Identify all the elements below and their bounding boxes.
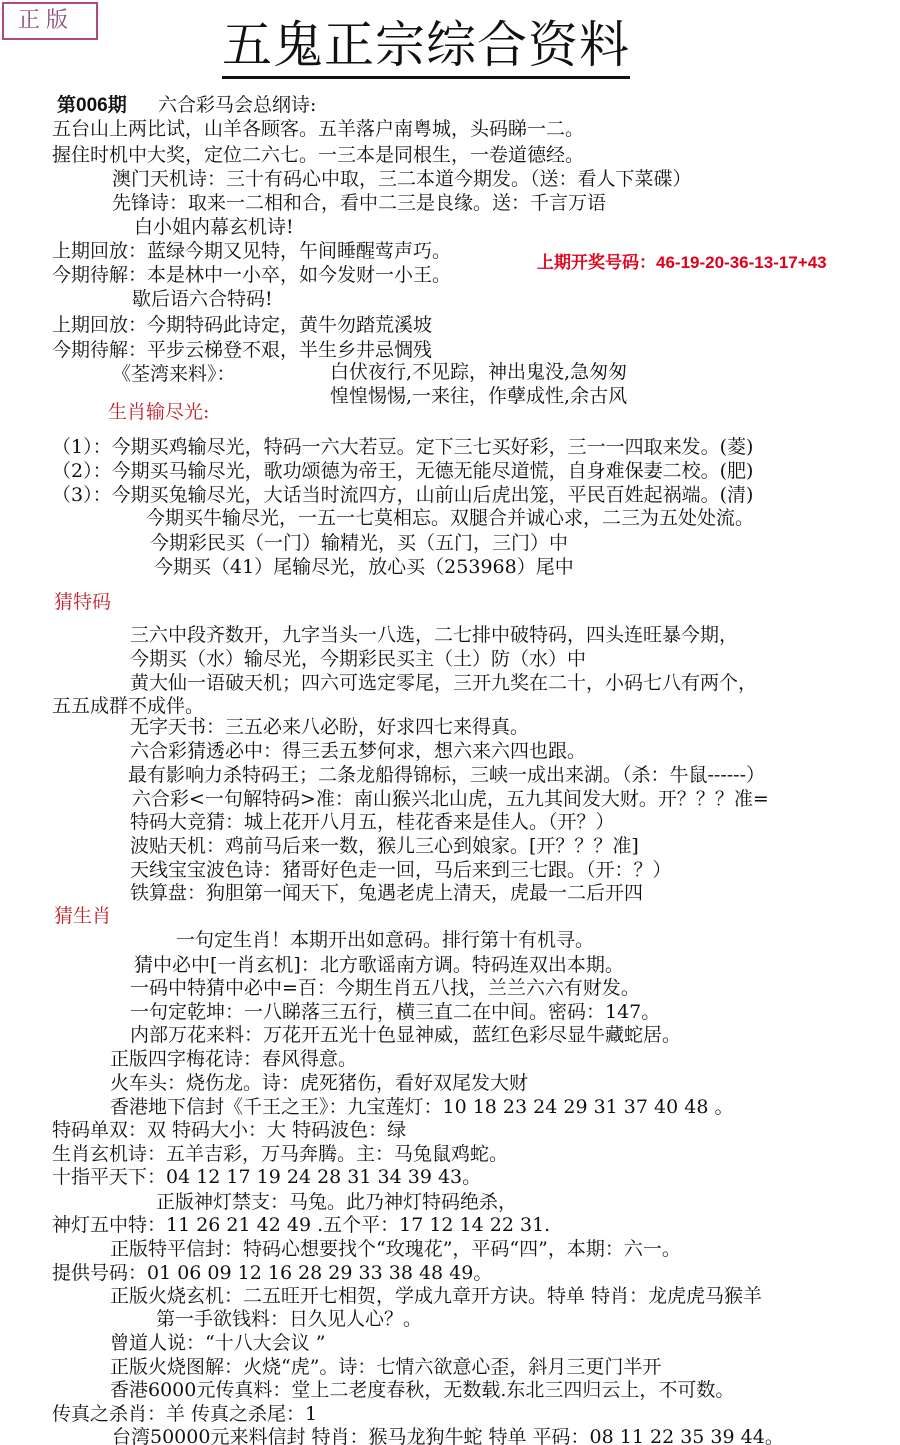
section-heading: 生肖输尽光:	[108, 401, 209, 423]
text-line: 握住时机中大奖，定位二六七。一三本是同根生，一卷道德经。	[52, 144, 584, 166]
text-line: 五台山上两比试，山羊各顾客。五羊落户南粤城，头码睇一二。	[52, 118, 584, 140]
authentic-badge: 正版	[2, 2, 98, 40]
text-line: 火车头：烧伤龙。诗：虎死猪伤，看好双尾发大财	[110, 1072, 528, 1094]
section-heading: 猜特码	[54, 591, 111, 613]
text-line: 正版神灯禁支：马兔。此乃神灯特码绝杀，	[156, 1191, 517, 1213]
text-line: 黄大仙一语破天机；四六可选定零尾，三开九奖在二十，小码七八有两个，	[130, 672, 757, 694]
text-line: （3）：今期买兔输尽光，大话当时流四方，山前山后虎出笼，平民百姓起祸端。(清)	[52, 484, 753, 506]
text-line: 正版四字梅花诗：春风得意。	[110, 1048, 357, 1070]
text-line: 一码中特猜中必中=百：今期生肖五八找，兰兰六六有财发。	[130, 977, 640, 999]
text-line: 惶惶惕惕,一来往，作孽成性,余古风	[330, 385, 627, 407]
text-line: 白小姐内幕玄机诗!	[134, 216, 294, 238]
text-line: 台湾50000元来料信封 特肖：猴马龙狗牛蛇 特单 平码：08 11 22 35…	[112, 1426, 784, 1445]
text-line: 香港地下信封《千王之王》：九宝莲灯：10 18 23 24 29 31 37 4…	[110, 1096, 733, 1118]
section-heading: 猜生肖	[54, 905, 111, 927]
text-line: 六合彩马会总纲诗:	[158, 94, 316, 116]
text-line: 六合彩猜透必中：得三丢五梦何求，想六来六四也跟。	[130, 740, 586, 762]
text-line: 特码大竞猜：城上花开八月五，桂花香来是佳人。（开？）	[130, 811, 615, 833]
text-line: 铁算盘：狗胆第一闻天下，兔遇老虎上清天，虎最一二后开四	[130, 882, 643, 904]
text-line: 无字天书：三五必来八必盼，好求四七来得真。	[130, 716, 529, 738]
text-line: 歇后语六合特码!	[132, 288, 273, 310]
text-line: 《荃湾来料》：	[112, 363, 236, 385]
text-line: 十指平天下：04 12 17 19 24 28 31 34 39 43。	[52, 1166, 481, 1188]
text-line: 最有影响力杀特码王；二条龙船得锦标，三峡一成出来湖。（杀：牛鼠------）	[128, 764, 765, 786]
text-line: 澳门天机诗：三十有码心中取，三二本道今期发。（送：看人下菜碟）	[112, 168, 692, 190]
text-line: （2）：今期买马输尽光，歌功颂德为帝王，无德无能尽道慌，自身难保妻二校。(肥)	[52, 460, 753, 482]
text-line: 今期彩民买（一门）输精光，买（五门，三门）中	[150, 532, 568, 554]
text-line: 正版火烧玄机：二五旺开七相贺，学成九章开方诀。特单 特肖：龙虎虎马猴羊	[110, 1285, 762, 1307]
text-line: 六合彩<一句解特码>准：南山猴兴北山虎，五九其间发大财。开？？？准=	[132, 788, 769, 810]
text-line: 神灯五中特：11 26 21 42 49 .五个平：17 12 14 22 31…	[52, 1214, 550, 1236]
text-line: 传真之杀肖：羊 传真之杀尾：1	[52, 1403, 317, 1425]
text-line: 正版特平信封：特码心想要找个“玫瑰花”，平码“四”，本期：六一。	[110, 1238, 681, 1260]
text-line: 今期待解：本是林中一小卒，如今发财一小王。	[52, 264, 451, 286]
text-line: 提供号码：01 06 09 12 16 28 29 33 38 48 49。	[52, 1262, 492, 1284]
text-line: 波贴天机：鸡前马后来一数，猴儿三心到娘家。[开？？？准]	[130, 835, 639, 857]
text-line: 正版火烧图解：火烧“虎”。诗：七情六欲意心歪，斜月三更门半开	[110, 1356, 661, 1378]
text-line: 天线宝宝波色诗：猪哥好色走一回，马后来到三七跟。（开：？）	[130, 859, 672, 881]
text-line: 生肖玄机诗：五羊吉彩，万马奔腾。主：马兔鼠鸡蛇。	[52, 1143, 508, 1165]
text-line: 特码单双：双 特码大小：大 特码波色：绿	[52, 1119, 406, 1141]
text-line: 内部万花来料：万花开五光十色显神威，蓝红色彩尽显牛藏蛇居。	[130, 1024, 681, 1046]
text-line: 白伏夜行,不见踪，神出鬼没,急匆匆	[330, 361, 627, 383]
text-line: （1）：今期买鸡输尽光，特码一六大若豆。定下三七买好彩，三一一四取来发。(菱)	[52, 436, 753, 458]
text-line: 今期买（41）尾输尽光，放心买（253968）尾中	[154, 556, 574, 578]
issue-number: 第006期	[57, 90, 127, 117]
text-line: 五五成群不成伴。	[52, 695, 204, 717]
text-line: 上期回放：蓝绿今期又见特，午间睡醒莺声巧。	[52, 240, 451, 262]
text-line: 今期待解：平步云梯登不艰，半生乡井忌惆残	[52, 339, 432, 361]
text-line: 今期买牛输尽光，一五一七莫相忘。双腿合并诚心求，二三为五处处流。	[146, 507, 754, 529]
text-line: 上期回放：今期特码此诗定，黄牛勿踏荒溪坡	[52, 314, 432, 336]
text-line: 先锋诗：取来一二相和合，看中二三是良缘。送：千言万语	[112, 192, 606, 214]
text-line: 今期买（水）输尽光，今期彩民买主（土）防（水）中	[130, 648, 586, 670]
page-title: 五鬼正宗综合资料	[222, 16, 630, 79]
text-line: 一句定生肖！本期开出如意码。排行第十有机寻。	[176, 929, 594, 951]
text-line: 第一手欲钱料：日久见人心？。	[156, 1308, 422, 1330]
text-line: 三六中段齐数开，九字当头一八选，二七排中破特码，四头连旺暴今期，	[130, 624, 738, 646]
text-line: 猜中必中[一肖玄机]：北方歌谣南方调。特码连双出本期。	[134, 954, 624, 976]
text-line: 香港6000元传真料：堂上二老度春秋，无数载.东北三四归云上，不可数。	[110, 1379, 734, 1401]
last-draw-result: 上期开奖号码：46-19-20-36-13-17+43	[537, 252, 827, 274]
text-line: 一句定乾坤：一八睇落三五行，横三直二在中间。密码：147。	[130, 1001, 660, 1023]
text-line: 曾道人说：“十八大会议 ”	[110, 1332, 325, 1354]
